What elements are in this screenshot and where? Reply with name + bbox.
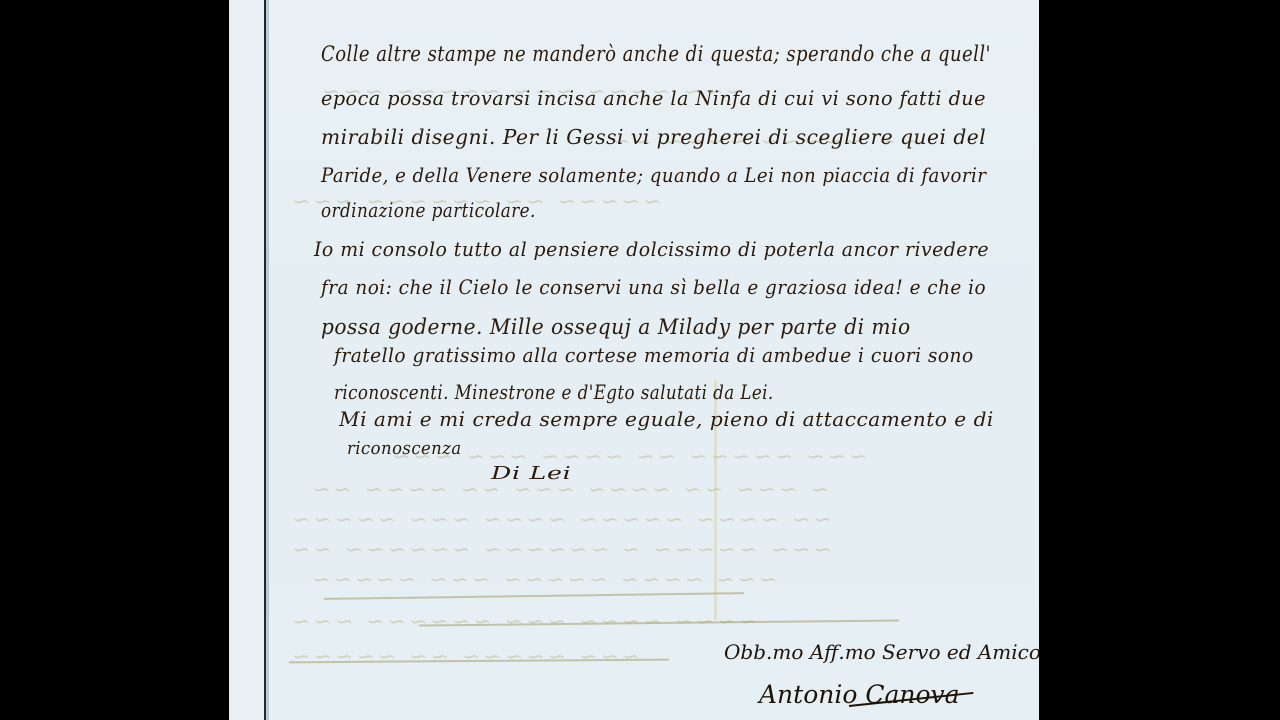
letter-line: fra noi: che il Cielo le conservi una sì…: [321, 276, 986, 299]
letter-line: fratello gratissimo alla cortese memoria…: [334, 343, 974, 367]
margin-rule-shadow: [266, 0, 269, 720]
letter-line: Paride, e della Venere solamente; quando…: [321, 163, 986, 187]
bleed-through-text: ~~ ~~~~ ~~~~~ ~~~~ ~~~ ~~~~~: [289, 508, 832, 533]
letter-line: riconoscenti. Minestrone e d'Egto saluta…: [334, 380, 774, 404]
letter-line: Colle altre stampe ne manderò anche di q…: [321, 42, 991, 66]
letter-line: Io mi consolo tutto al pensiere dolcissi…: [314, 237, 989, 261]
closing-formula: Obb.mo Aff.mo Servo ed Amico: [724, 640, 1039, 664]
letter-line: epoca possa trovarsi incisa anche la Nin…: [321, 86, 986, 110]
bleed-through-text: ~~~ ~~~~~ ~~ ~~~~~: [289, 645, 640, 670]
letter-line: Mi ami e mi creda sempre eguale, pieno d…: [339, 407, 994, 431]
letter-page: ~~~ ~~~~ ~~~ ~~~~~ ~~~ ~~ ~~~~~ ~~~~ ~~ …: [229, 0, 1039, 720]
letter-line: mirabili disegni. Per li Gessi vi preghe…: [321, 125, 986, 149]
bleed-through-text: ~~~ ~~~~ ~~~~~ ~~~ ~~~~~: [309, 568, 778, 593]
letter-line: Di Lei: [491, 463, 571, 484]
letter-line: possa goderne. Mille ossequj a Milady pe…: [321, 315, 911, 339]
bleed-through-rule: [324, 592, 744, 600]
letter-line: ordinazione particolare.: [321, 198, 536, 222]
document-viewer: ~~~ ~~~~ ~~~ ~~~~~ ~~~ ~~ ~~~~~ ~~~~ ~~ …: [0, 0, 1280, 720]
bleed-through-text: ~~~ ~~~~~ ~ ~~~~~~ ~~~~~~ ~~: [289, 538, 832, 563]
letter-line: riconoscenza: [347, 438, 462, 459]
page-left-margin: [229, 0, 264, 720]
